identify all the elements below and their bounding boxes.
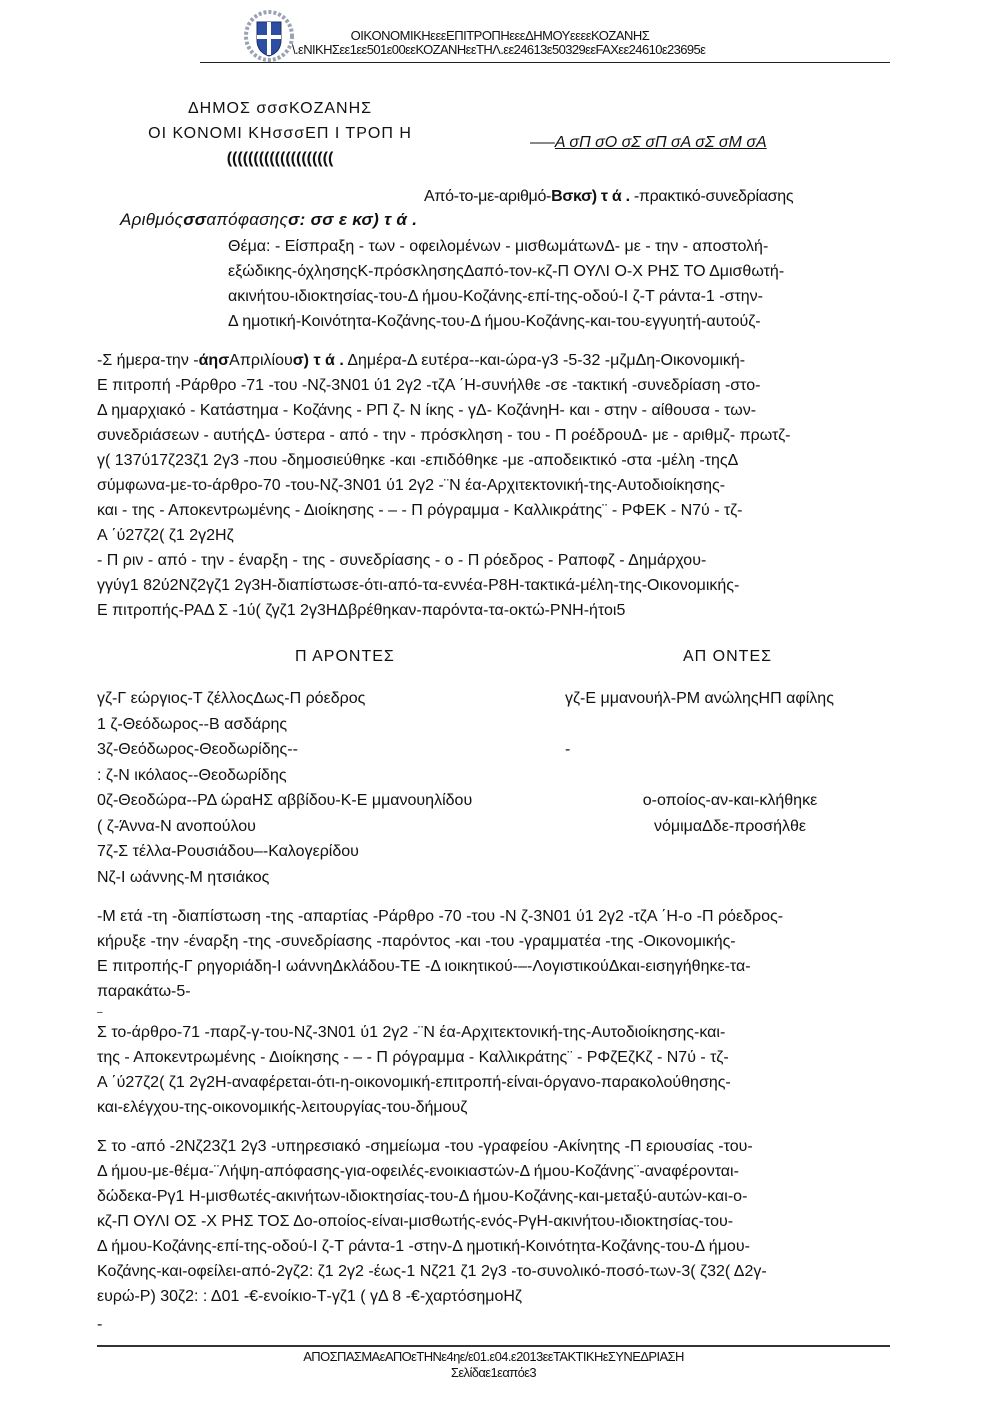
paragraph-line: Ε πιτροπής-Γ ρηγοριάδη-Ι ωάννηΔκλάδου-ΤΕ… (97, 954, 900, 979)
page-number: Σελίδαε1εαπόε3 (97, 1365, 890, 1380)
quorum-paragraph: -Μ ετά -τη -διαπίστωση -της -απαρτίας -Ρ… (97, 904, 900, 1022)
paragraph-line: κζ-Π ΟΥΛΙ ΟΣ -Χ ΡΗΣ ΤΟΣ Δο-οποίος-είναι-… (97, 1209, 900, 1234)
extract-title: —–Α σΠ σΟ σΣ σΠ σΑ σΣ σΜ σΑ (530, 134, 767, 152)
absent-header: ΑΠ ΟΝΤΕΣ (683, 648, 772, 666)
paragraph-line: συνεδριάσεων - αυτήςΔ- ύστερα - από - τη… (97, 423, 900, 448)
extract-title-text: Α σΠ σΟ σΣ σΠ σΑ σΣ σΜ σΑ (555, 134, 767, 151)
paragraph-line: Δ ήμου-Κοζάνης-επί-της-οδού-Ι ζ-Τ ράντα-… (97, 1234, 900, 1259)
absent-spacer (565, 712, 895, 738)
paragraph-line: δώδεκα-Ργ1 Η-μισθωτές-ακινήτων-ιδιοκτησί… (97, 1184, 900, 1209)
paragraph-line: και - της - Αποκεντρωμένης - Διοίκησης -… (97, 498, 900, 523)
decision-number-value: σ: σσ ε κσ) τ ά . (288, 210, 417, 229)
trailing-dash: - (97, 1316, 102, 1334)
meeting-day: άησ (199, 352, 230, 369)
meeting-month: Απριλίου (229, 352, 293, 369)
paragraph-line: Δ ημαρχιακό - Κατάστημα - Κοζάνης - ΡΠ ζ… (97, 398, 900, 423)
letterhead-address: \.εΝΙΚΗΣεε1εε501ε00εεΚΟΖΑΝΗεεΤΗΛ.εε24613… (292, 42, 705, 57)
intro-first-line: -Σ ήμερα-την -άησΑπριλίουσ) τ ά . Δημέρα… (97, 348, 900, 373)
decision-number-sep1: σσ (183, 210, 206, 229)
paragraph-line: Δ ήμου-με-θέμα-¨Λήψη-απόφασης-για-οφειλέ… (97, 1159, 900, 1184)
present-member: 1 ζ-Θεόδωρος--Β ασδάρης (97, 712, 472, 738)
present-list: γζ-Γ εώργιος-Τ ζέλλοςΔως-Π ρόεδρος 1 ζ-Θ… (97, 686, 472, 890)
subject-line: εξώδικης-όχλησηςΚ-πρόσκλησηςΔαπό-τον-κζ-… (228, 259, 900, 284)
paragraph-line: ευρώ-Ρ) 30ζ2: : Δ01 -€-ενοίκιο-Τ-γζ1 ( γ… (97, 1284, 900, 1309)
committee-name: ΟΙ ΚΟΝΟΜΙ ΚΗσσσΕΠ Ι ΤΡΟΠ Η (110, 125, 450, 143)
footer-extract-info: ΑΠΟΣΠΑΣΜΑεΑΠΟεΤΗΝε4ηε/ε01.ε04.ε2013εεΤΑΚ… (97, 1349, 890, 1364)
absent-note: ο-οποίος-αν-και-κλήθηκε (565, 788, 895, 814)
minutes-reference-before: Από-το-με-αριθμό- (424, 188, 551, 205)
decision-number-label: Αριθμός (120, 210, 183, 229)
decision-number: Αριθμόςσσαπόφασηςσ: σσ ε κσ) τ ά . (120, 210, 417, 230)
extract-title-prefix: —– (530, 134, 555, 151)
present-member: ( ζ-Άννα-Ν ανοπούλου (97, 814, 472, 840)
present-member: 7ζ-Σ τέλλα-Ρουσιάδου–-Καλογερίδου (97, 839, 472, 865)
paragraph-line: γ( 137ύ17ζ23ζ1 2γ3 -που -δημοσιεύθηκε -κ… (97, 448, 900, 473)
decision-number-label2: απόφασης (206, 210, 288, 229)
absent-spacer (565, 763, 895, 789)
greek-coat-of-arms-icon (244, 10, 294, 62)
present-member: γζ-Γ εώργιος-Τ ζέλλοςΔως-Π ρόεδρος (97, 686, 472, 712)
present-member: Νζ-Ι ωάννης-Μ ητσιάκος (97, 865, 472, 891)
memo-paragraph: Σ το -από -2Νζ23ζ1 2γ3 -υπηρεσιακό -σημε… (97, 1134, 900, 1309)
paragraph-line: παρακάτω-5- (97, 979, 900, 1004)
paragraph-line: Σ το-άρθρο-71 -παρζ-γ-του-Νζ-3Ν01 ύ1 2γ2… (97, 1020, 900, 1045)
paragraph-line: Α ΄ύ27ζ2( ζ1 2γ2Η-αναφέρεται-ότι-η-οικον… (97, 1070, 900, 1095)
subject-line: Θέμα: - Είσπραξη - των - οφειλομένων - μ… (228, 234, 900, 259)
intro-paragraph: -Σ ήμερα-την -άησΑπριλίουσ) τ ά . Δημέρα… (97, 348, 900, 623)
intro-text: -Σ ήμερα-την - (97, 352, 199, 369)
municipality-name: ΔΗΜΟΣ σσσΚΟΖΑΝΗΣ (110, 100, 450, 118)
paragraph-line: γγύγ1 82ύ2Νζ2γζ1 2γ3Η-διαπίστωσε-ότι-από… (97, 573, 900, 598)
absent-member: γζ-Ε μμανουήλ-ΡΜ ανώληςΗΠ αφίλης (565, 686, 895, 712)
paragraph-line: και-ελέγχου-της-οικονομικής-λειτουργίας-… (97, 1095, 900, 1120)
footer-divider (97, 1345, 890, 1347)
letterhead-divider (200, 62, 890, 63)
paragraph-line: Ε πιτροπής-ΡΑΔ Σ -1ύ( ζγζ1 2γ3ΗΔβρέθηκαν… (97, 598, 900, 623)
intro-text: Δημέρα-Δ ευτέρα--και-ώρα-γ3 -5-32 -μζμΔη… (344, 352, 745, 369)
subject-block: Θέμα: - Είσπραξη - των - οφειλομένων - μ… (228, 234, 900, 334)
absent-list: γζ-Ε μμανουήλ-ΡΜ ανώληςΗΠ αφίλης - ο-οπο… (565, 686, 895, 839)
meeting-year: σ) τ ά . (293, 352, 344, 369)
minutes-reference: Από-το-με-αριθμό-Βσκσ) τ ά . -πρακτικό-σ… (424, 188, 793, 206)
letterhead-title: OIKONOMIKHεεεΕΠΙΤΡΟΠΗεεεΔΗΜΟΥεεεεΚΟΖΑΝΗΣ (310, 28, 690, 43)
absent-note: νόμιμαΔδε-προσήλθε (565, 814, 895, 840)
article-paragraph: Σ το-άρθρο-71 -παρζ-γ-του-Νζ-3Ν01 ύ1 2γ2… (97, 1020, 900, 1120)
paragraph-line: Σ το -από -2Νζ23ζ1 2γ3 -υπηρεσιακό -σημε… (97, 1134, 900, 1159)
paragraph-line: -Μ ετά -τη -διαπίστωση -της -απαρτίας -Ρ… (97, 904, 900, 929)
committee-decoration: (((((((((((((((((((( (110, 150, 450, 168)
present-member: 0ζ-Θεοδώρα--ΡΔ ώραΗΣ αββίδου-Κ-Ε μμανουη… (97, 788, 472, 814)
present-header: Π ΑΡΟΝΤΕΣ (295, 648, 395, 666)
paragraph-line: Κοζάνης-και-οφείλει-από-2γζ2: ζ1 2γ2 -έω… (97, 1259, 900, 1284)
present-member: 3ζ-Θεόδωρος-Θεοδωρίδης-- (97, 737, 472, 763)
subject-line: ακινήτου-ιδιοκτησίας-του-Δ ήμου-Κοζάνης-… (228, 284, 900, 309)
paragraph-line: της - Αποκεντρωμένης - Διοίκησης - – - Π… (97, 1045, 900, 1070)
minutes-reference-after: -πρακτικό-συνεδρίασης (630, 188, 794, 205)
paragraph-line: σύμφωνα-με-το-άρθρο-70 -του-Νζ-3Ν01 ύ1 2… (97, 473, 900, 498)
subject-line: Δ ημοτική-Κοινότητα-Κοζάνης-του-Δ ήμου-Κ… (228, 309, 900, 334)
absent-dash: - (565, 737, 895, 763)
paragraph-line: - Π ριν - από - την - έναρξη - της - συν… (97, 548, 900, 573)
minutes-number: Βσκσ) τ ά . (551, 188, 630, 205)
present-member: : ζ-Ν ικόλαος--Θεοδωρίδης (97, 763, 472, 789)
paragraph-line: κήρυξε -την -έναρξη -της -συνεδρίασης -π… (97, 929, 900, 954)
paragraph-line: Α ΄ύ27ζ2( ζ1 2γ2Ηζ (97, 523, 900, 548)
paragraph-line: Ε πιτροπή -Ράρθρο -71 -του -Νζ-3Ν01 ύ1 2… (97, 373, 900, 398)
